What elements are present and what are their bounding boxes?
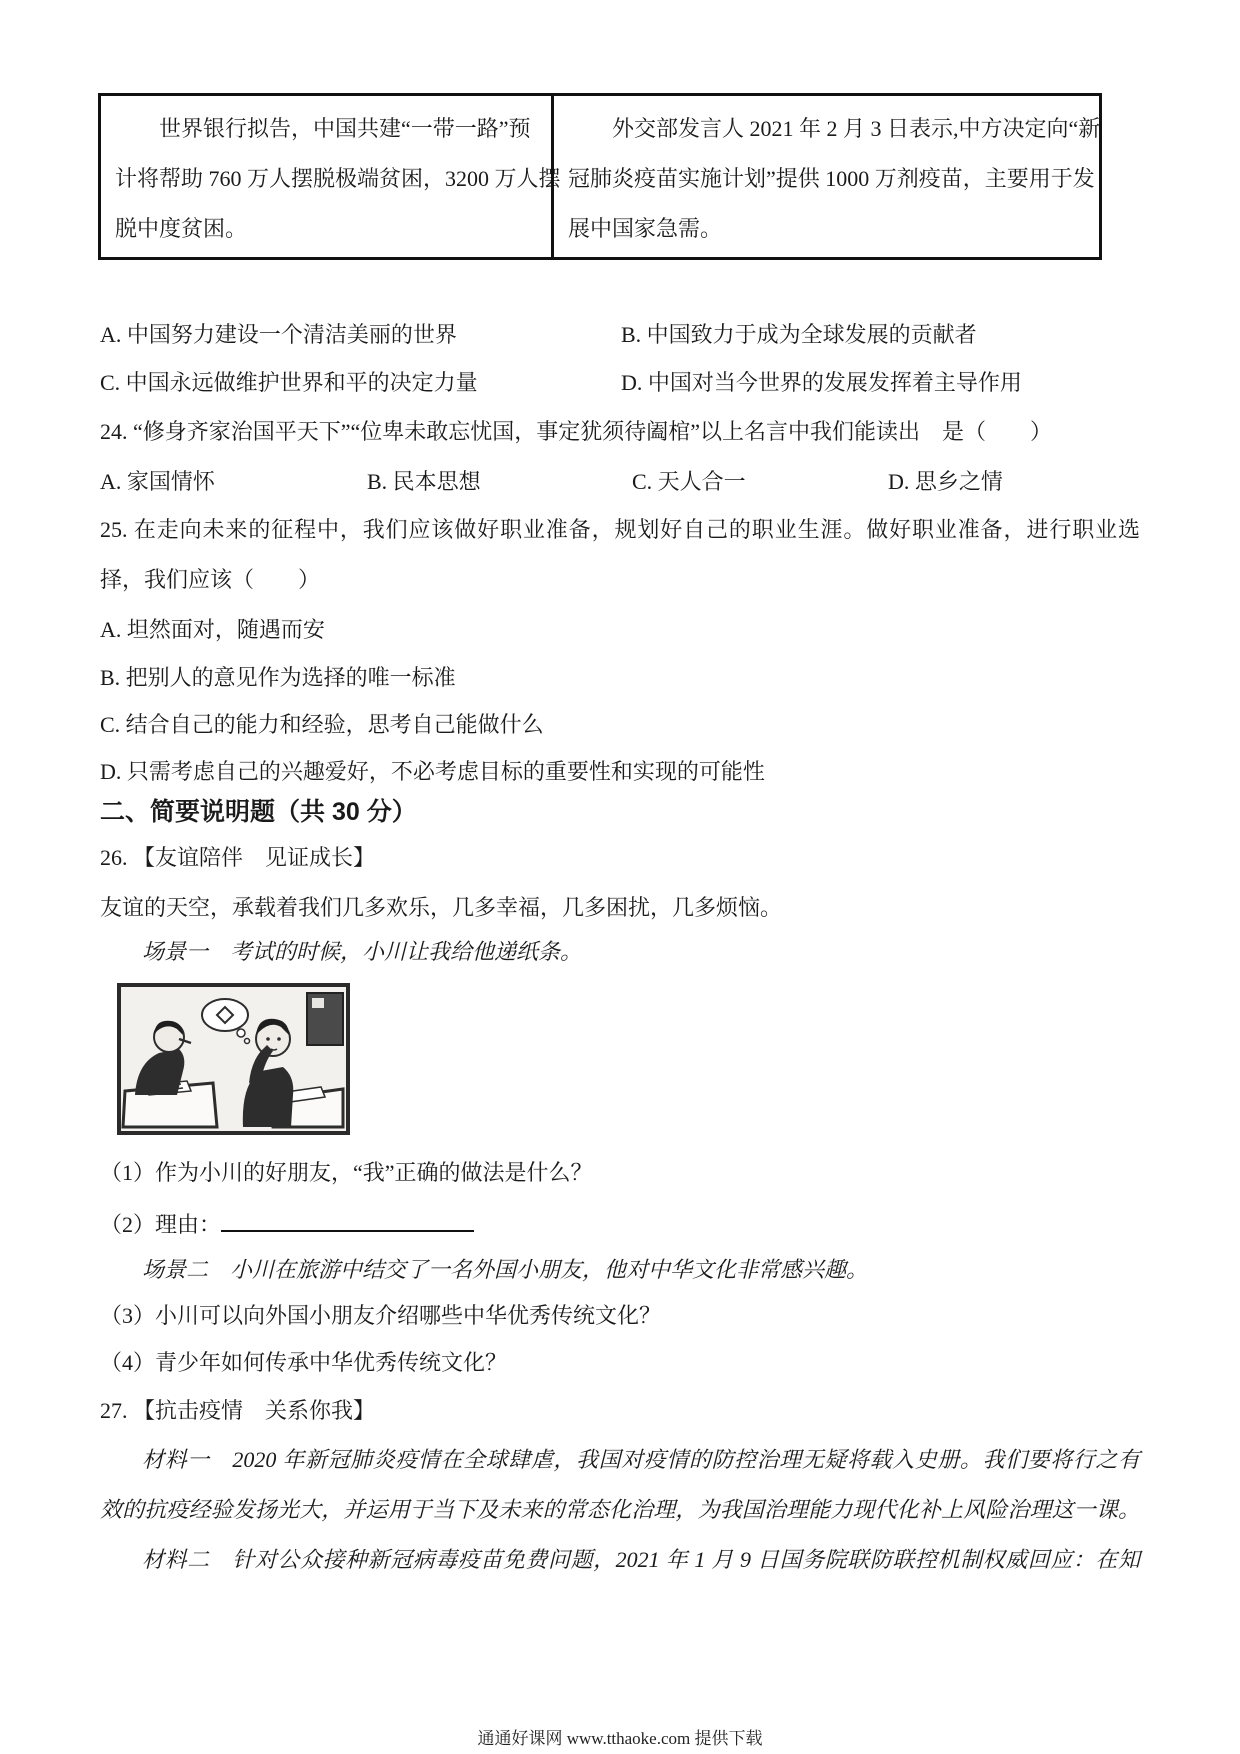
news-right-line: 外交部发言人 2021 年 2 月 3 日表示,中方决定向“新 (568, 104, 1100, 154)
news-right-line: 展中国家急需。 (568, 204, 1100, 254)
q23-option-b: B. 中国致力于成为全球发展的贡献者 (621, 320, 977, 350)
news-cell-left: 世界银行拟告，中国共建“一带一路”预 计将帮助 760 万人摆脱极端贫困，320… (101, 96, 551, 257)
q26-title: 26. 【友谊陪伴 见证成长】 (100, 843, 375, 873)
q26-sub2: （2）理由： (100, 1206, 474, 1240)
q24-option-c: C. 天人合一 (632, 467, 746, 497)
q25-option-a: A. 坦然面对，随遇而安 (100, 615, 325, 645)
q26-sub1: （1）作为小川的好朋友，“我”正确的做法是什么？ (100, 1158, 593, 1188)
news-left-line: 世界银行拟告，中国共建“一带一路”预 (115, 104, 537, 154)
q26-intro: 友谊的天空，承载着我们几多欢乐，几多幸福，几多困扰，几多烦恼。 (100, 893, 782, 923)
q26-scene2: 场景二 小川在旅游中结交了一名外国小朋友，他对中华文化非常感兴趣。 (142, 1255, 868, 1285)
q27-title: 27. 【抗击疫情 关系你我】 (100, 1396, 375, 1426)
q23-option-a: A. 中国努力建设一个清洁美丽的世界 (100, 320, 457, 350)
news-cell-right: 外交部发言人 2021 年 2 月 3 日表示,中方决定向“新 冠肺炎疫苗实施计… (551, 96, 1114, 257)
news-left-line: 计将帮助 760 万人摆脱极端贫困，3200 万人摆 (115, 154, 537, 204)
q27-material1-line1: 材料一 2020 年新冠肺炎疫情在全球肆虐，我国对疫情的防控治理无疑将载入史册。… (142, 1445, 1140, 1475)
q26-sub2-label: （2）理由： (100, 1212, 221, 1237)
q26-sub3: （3）小川可以向外国小朋友介绍哪些中华优秀传统文化？ (100, 1301, 661, 1331)
q25-option-d: D. 只需考虑自己的兴趣爱好，不必考虑目标的重要性和实现的可能性 (100, 757, 765, 787)
news-excerpt-table: 世界银行拟告，中国共建“一带一路”预 计将帮助 760 万人摆脱极端贫困，320… (98, 93, 1102, 260)
q24-option-a: A. 家国情怀 (100, 467, 215, 497)
section-2-heading: 二、简要说明题（共 30 分） (100, 797, 417, 827)
q25-option-c: C. 结合自己的能力和经验，思考自己能做什么 (100, 710, 544, 740)
q24-option-b: B. 民本思想 (367, 467, 481, 497)
q26-sub4: （4）青少年如何传承中华优秀传统文化？ (100, 1348, 507, 1378)
q24-stem: 24. “修身齐家治国平天下”“位卑未敢忘忧国，事定犹须待阖棺”以上名言中我们能… (100, 417, 1052, 447)
q26-scene1: 场景一 考试的时候，小川让我给他递纸条。 (142, 937, 582, 967)
q27-material1-line2: 效的抗疫经验发扬光大，并运用于当下及未来的常态化治理，为我国治理能力现代化补上风… (100, 1495, 1140, 1525)
q23-option-c: C. 中国永远做维护世界和平的决定力量 (100, 368, 478, 398)
exam-paper-page: 世界银行拟告，中国共建“一带一路”预 计将帮助 760 万人摆脱极端贫困，320… (0, 0, 1240, 1754)
q25-stem-line1: 25. 在走向未来的征程中，我们应该做好职业准备，规划好自己的职业生涯。做好职业… (100, 515, 1140, 545)
q24-option-d: D. 思乡之情 (888, 467, 1003, 497)
answer-blank (221, 1206, 474, 1232)
q25-stem-line2: 择，我们应该（ ） (100, 565, 320, 595)
q23-option-d: D. 中国对当今世界的发展发挥着主导作用 (621, 368, 1022, 398)
news-right-line: 冠肺炎疫苗实施计划”提供 1000 万剂疫苗，主要用于发 (568, 154, 1100, 204)
news-left-line: 脱中度贫困。 (115, 204, 537, 254)
page-footer: 通通好课网 www.tthaoke.com 提供下载 (0, 1724, 1240, 1749)
q25-option-b: B. 把别人的意见作为选择的唯一标准 (100, 663, 456, 693)
exam-note-passing-cartoon-drawing (121, 987, 346, 1131)
exam-scene-illustration (117, 983, 350, 1135)
q27-material2-line1: 材料二 针对公众接种新冠病毒疫苗免费问题，2021 年 1 月 9 日国务院联防… (142, 1545, 1140, 1575)
